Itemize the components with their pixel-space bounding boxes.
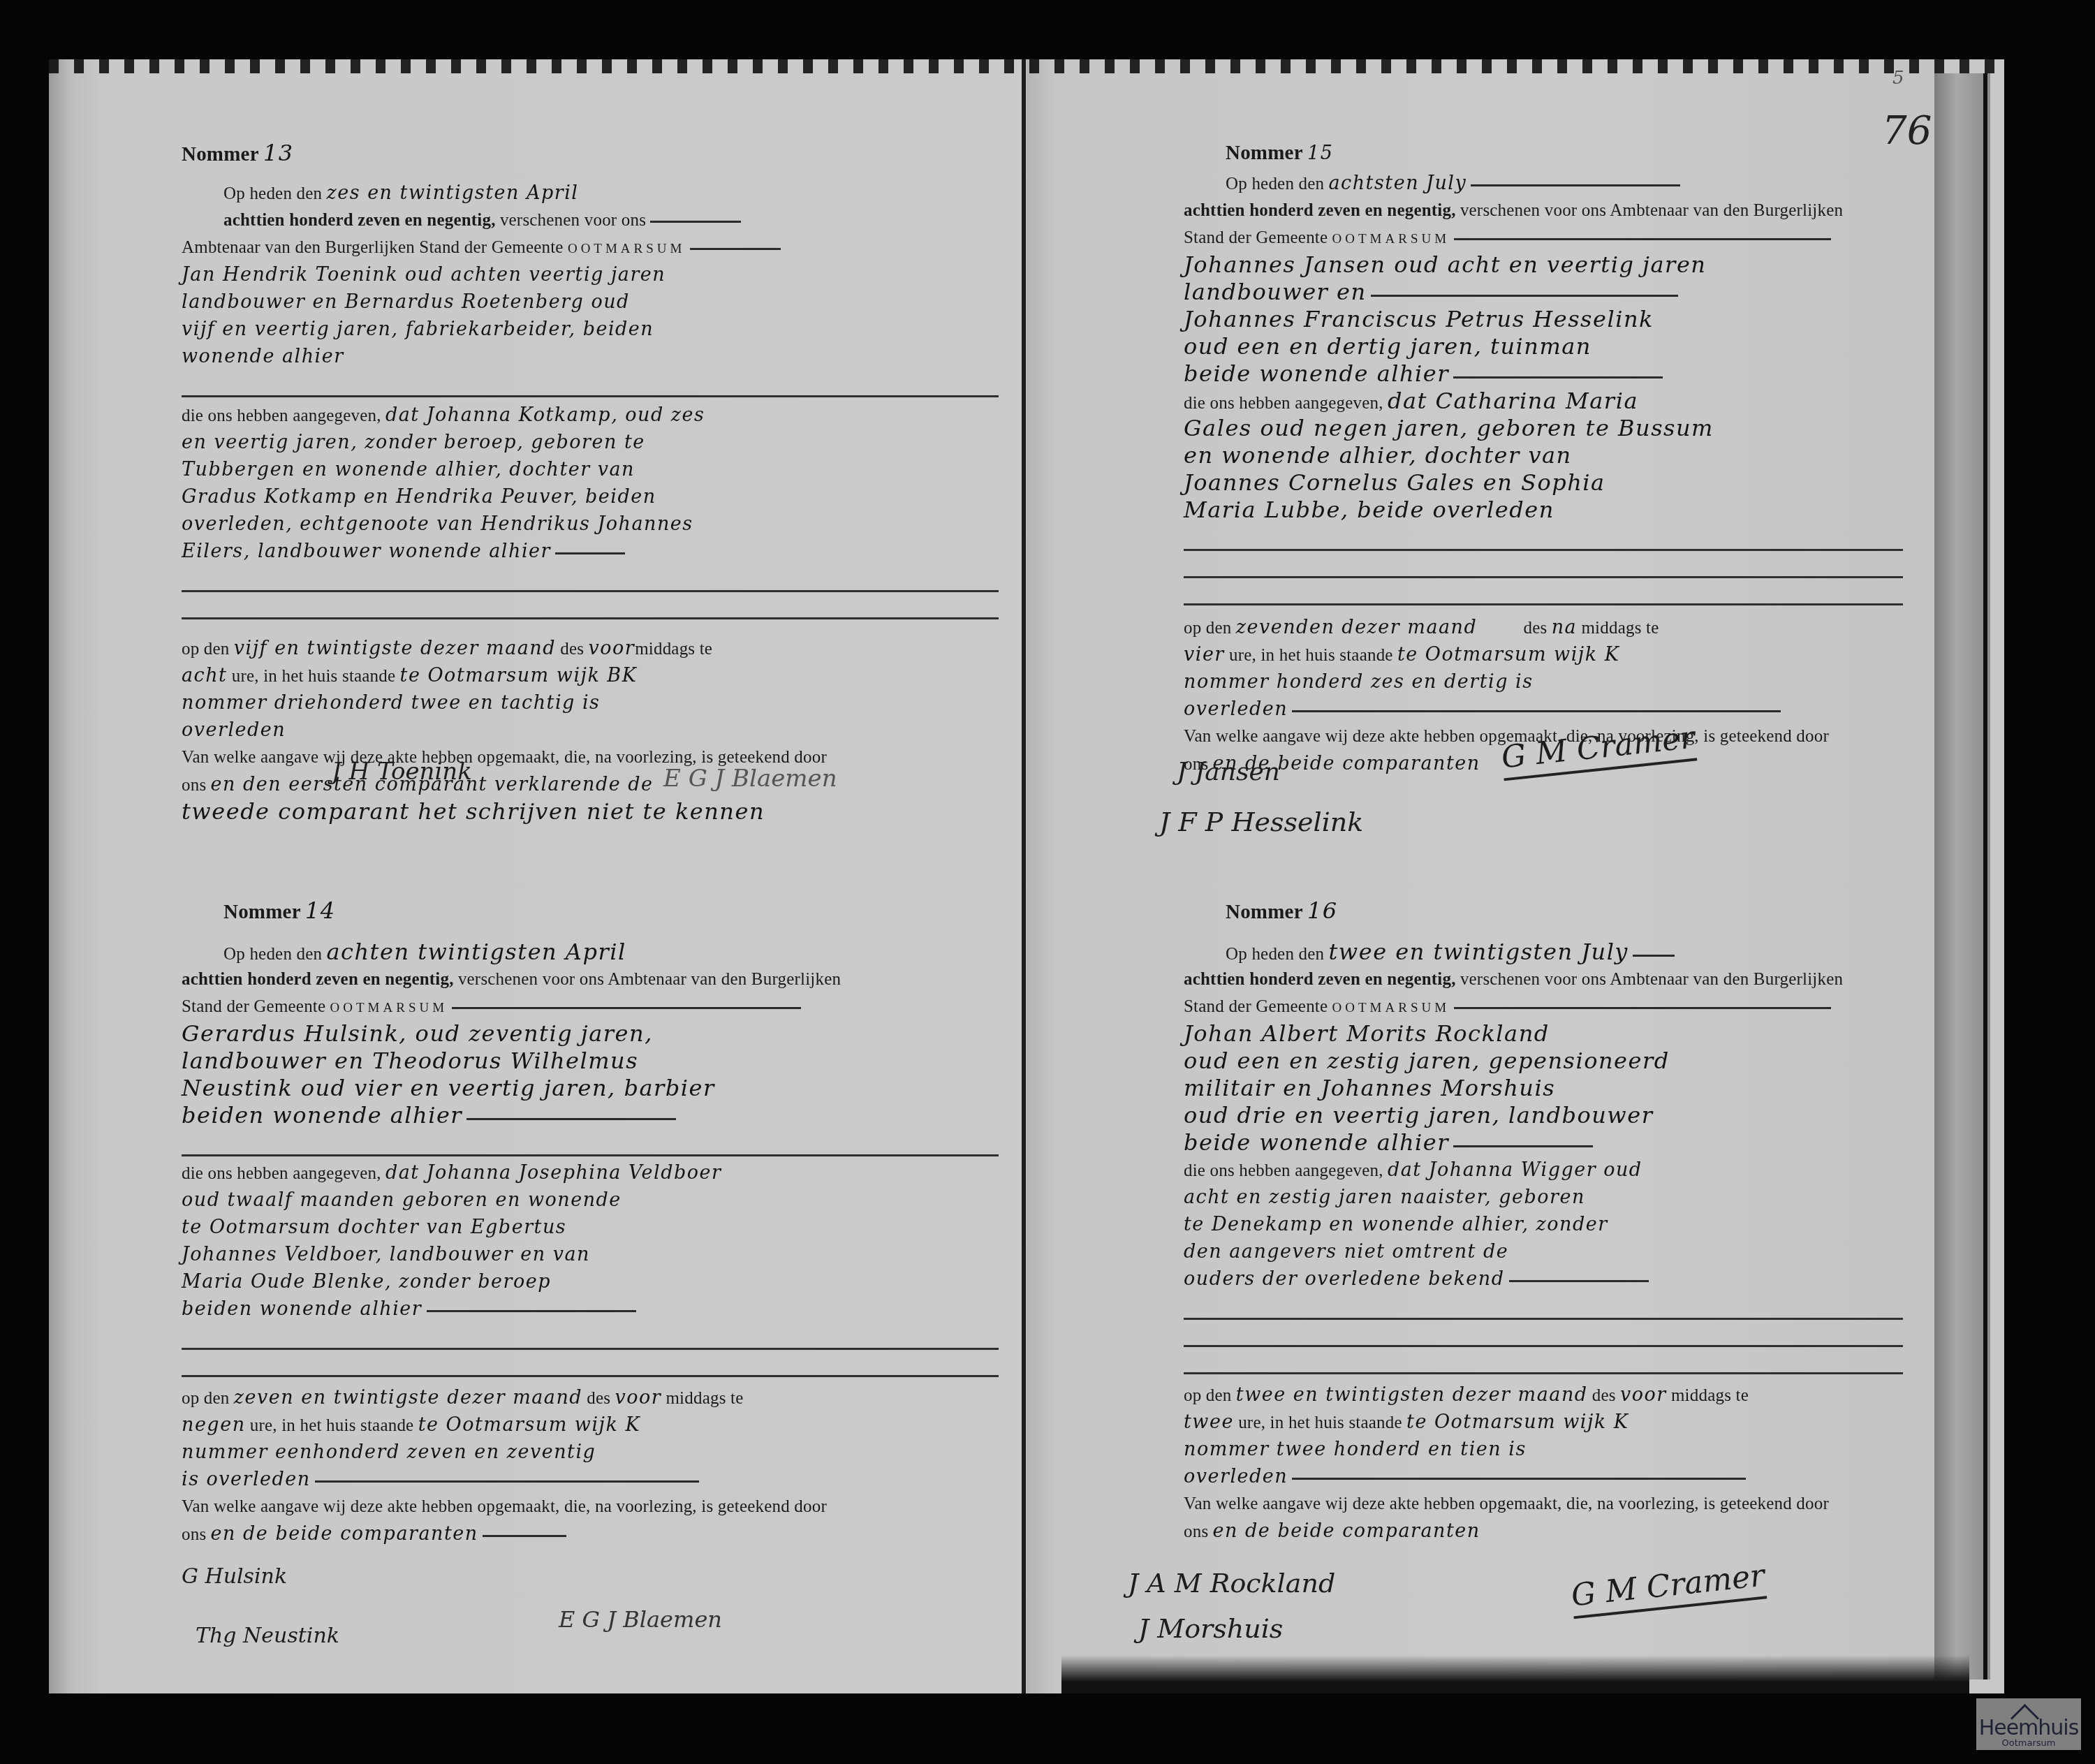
page-edge-line (1983, 73, 1987, 1680)
comparant-line: militair en Johannes Morshuis (1184, 1075, 1555, 1101)
declaration-line: dat Johanna Wigger oud (1388, 1159, 1642, 1181)
place-line: te Ootmarsum wijk BK (400, 665, 638, 686)
watermark-name: Heemhuis (1976, 1718, 2081, 1739)
comparant-line: vijf en veertig jaren, fabriekarbeider, … (182, 318, 654, 340)
signature: G Hulsink (182, 1564, 287, 1589)
place-line: overleden (1184, 698, 1288, 720)
open-register-book: 5 76 Nommer 13 Op heden den zes en twint… (49, 59, 2004, 1693)
entry-number: 15 (1307, 142, 1333, 164)
op-den-label: op den (182, 640, 230, 659)
declaration-line: Tubbergen en wonende alhier, dochter van (182, 459, 635, 480)
death-day: vijf en twintigste dezer maand (234, 638, 556, 659)
declaration-line: oud twaalf maanden geboren en wonende (182, 1189, 622, 1211)
entry-date: twee en twintigsten July (1329, 939, 1629, 965)
am-pm: voor (1620, 1384, 1667, 1406)
page-number-small: 5 (1892, 68, 1904, 89)
comparant-line: landbouwer en Bernardus Roetenberg oud (182, 291, 630, 313)
signature: J F P Hesselink (1159, 807, 1363, 837)
declaration-line: en wonende alhier, dochter van (1184, 442, 1572, 469)
entry-date: achten twintigsten April (327, 939, 626, 965)
entry-16: Nommer 16 Op heden den twee en twintigst… (1184, 897, 1910, 1545)
declaration-line: Johannes Veldboer, landbouwer en van (182, 1244, 590, 1265)
signature-official: E G J Blaemen (663, 765, 837, 793)
declaration-line: Joannes Cornelus Gales en Sophia (1184, 469, 1605, 496)
entry-number: 13 (263, 140, 294, 166)
declaration-line: te Denekamp en wonende alhier, zonder (1184, 1214, 1608, 1235)
entry-number: 14 (305, 897, 336, 924)
place-line: nummer eenhonderd zeven en zeventig (182, 1441, 596, 1463)
signed-by-line: en de beide comparanten (211, 1523, 478, 1545)
declaration-line: overleden, echtgenoote van Hendrikus Joh… (182, 513, 693, 535)
place-line: te Ootmarsum wijk K (1397, 644, 1619, 666)
comparant-line: oud een en zestig jaren, gepensioneerd (1184, 1048, 1670, 1074)
comparant-line: landbouwer en Theodorus Wilhelmus (182, 1048, 638, 1074)
declaration-line: Maria Lubbe, beide overleden (1184, 497, 1554, 523)
comparant-line: Jan Hendrik Toenink oud achten veertig j… (182, 264, 666, 286)
am-pm: na (1552, 617, 1578, 638)
am-pm: voor (588, 638, 635, 659)
watermark-sub: Ootmarsum (1976, 1739, 2081, 1749)
signature: J A M Rockland (1128, 1568, 1335, 1598)
comparant-line: beiden wonende alhier (182, 1102, 462, 1129)
signature: J H Toenink (332, 758, 472, 786)
book-gutter (1022, 59, 1026, 1693)
nommer-label: Nommer (182, 143, 259, 166)
scan-shadow (1061, 1655, 1969, 1693)
comparant-line: Johan Albert Morits Rockland (1184, 1020, 1550, 1047)
declaration-line: Maria Oude Blenke, zonder beroep (182, 1271, 551, 1293)
heemhuis-watermark: Heemhuis Ootmarsum (1976, 1698, 2081, 1750)
verschenen-text: verschenen voor ons (500, 211, 646, 230)
comparant-line: oud drie en veertig jaren, landbouwer (1184, 1102, 1653, 1129)
signature: Thg Neustink (196, 1624, 339, 1648)
signature: J Jansen (1177, 758, 1280, 786)
death-day: zeven en twintigste dezer maand (234, 1387, 582, 1409)
entry-number: 16 (1307, 897, 1338, 924)
declaration-line: dat Johanna Kotkamp, oud zes (385, 404, 705, 426)
declaration-line: Gales oud negen jaren, geboren te Bussum (1184, 415, 1714, 441)
comparant-line: beide wonende alhier (1184, 360, 1449, 387)
place-line: te Ootmarsum wijk K (418, 1414, 640, 1436)
municipality: OOTMARSUM (568, 242, 686, 256)
signed-by-line: tweede comparant het schrijven niet te k… (182, 798, 765, 825)
death-hour: negen (182, 1414, 246, 1436)
place-line: te Ootmarsum wijk K (1406, 1411, 1629, 1433)
comparant-line: beide wonende alhier (1184, 1129, 1449, 1156)
comparant-line: Johannes Jansen oud acht en veertig jare… (1184, 251, 1706, 278)
declaration-line: ouders der overledene bekend (1184, 1268, 1505, 1290)
signature: J Morshuis (1138, 1613, 1283, 1644)
place-line: nommer honderd zes en dertig is (1184, 671, 1534, 693)
comparant-line: oud een en dertig jaren, tuinman (1184, 333, 1592, 360)
declaration-line: beiden wonende alhier (182, 1298, 422, 1320)
death-hour: twee (1184, 1411, 1234, 1433)
entry-13: Nommer 13 Op heden den zes en twintigste… (182, 140, 1006, 825)
declaration-line: den aangevers niet omtrent de (1184, 1241, 1508, 1263)
place-line: overleden (1184, 1466, 1288, 1487)
comparant-line: Gerardus Hulsink, oud zeventig jaren, (182, 1020, 653, 1047)
comparant-line: Neustink oud vier en veertig jaren, barb… (182, 1075, 715, 1101)
declaration-line: dat Catharina Maria (1388, 388, 1638, 414)
entry-date: achtsten July (1329, 172, 1467, 194)
death-hour: acht (182, 665, 227, 686)
death-day: zevenden dezer maand (1236, 617, 1477, 638)
declaration-line: en veertig jaren, zonder beroep, geboren… (182, 432, 645, 453)
signed-by-line: en de beide comparanten (1213, 1520, 1480, 1542)
declaration-line: te Ootmarsum dochter van Egbertus (182, 1217, 566, 1238)
ambtenaar-text: Ambtenaar van den Burgerlijken Stand der… (182, 238, 564, 257)
aangegeven-label: die ons hebben aangegeven, (182, 406, 381, 425)
entry-date: zes en twintigsten April (327, 182, 579, 204)
place-line: nommer twee honderd en tien is (1184, 1439, 1527, 1460)
entry-15: Nommer 15 Op heden den achtsten July ach… (1184, 140, 1910, 777)
comparant-line: Johannes Franciscus Petrus Hesselink (1184, 306, 1654, 332)
comparant-line: wonende alhier (182, 346, 344, 367)
am-pm: voor (615, 1387, 662, 1409)
place-line: nommer driehonderd twee en tachtig is (182, 692, 600, 714)
signature-official: E G J Blaemen (559, 1606, 722, 1633)
comparant-line: landbouwer en (1184, 279, 1367, 305)
scan-top-edge (49, 52, 2004, 73)
declaration-line: Eilers, landbouwer wonende alhier (182, 541, 551, 562)
place-line: overleden (182, 719, 286, 741)
op-heden-label: Op heden den (223, 184, 322, 203)
page-edge (1934, 73, 1990, 1680)
declaration-line: acht en zestig jaren naaister, geboren (1184, 1186, 1585, 1208)
death-day: twee en twintigsten dezer maand (1236, 1384, 1588, 1406)
van-welke-text: Van welke aangave wij deze akte hebben o… (182, 748, 827, 767)
year-text: achttien honderd zeven en negentig, (223, 211, 496, 230)
declaration-line: dat Johanna Josephina Veldboer (385, 1162, 721, 1184)
declaration-line: Gradus Kotkamp en Hendrika Peuver, beide… (182, 486, 656, 508)
entry-14: Nommer 14 Op heden den achten twintigste… (182, 897, 1006, 1548)
place-line: is overleden (182, 1469, 311, 1490)
death-hour: vier (1184, 644, 1225, 666)
